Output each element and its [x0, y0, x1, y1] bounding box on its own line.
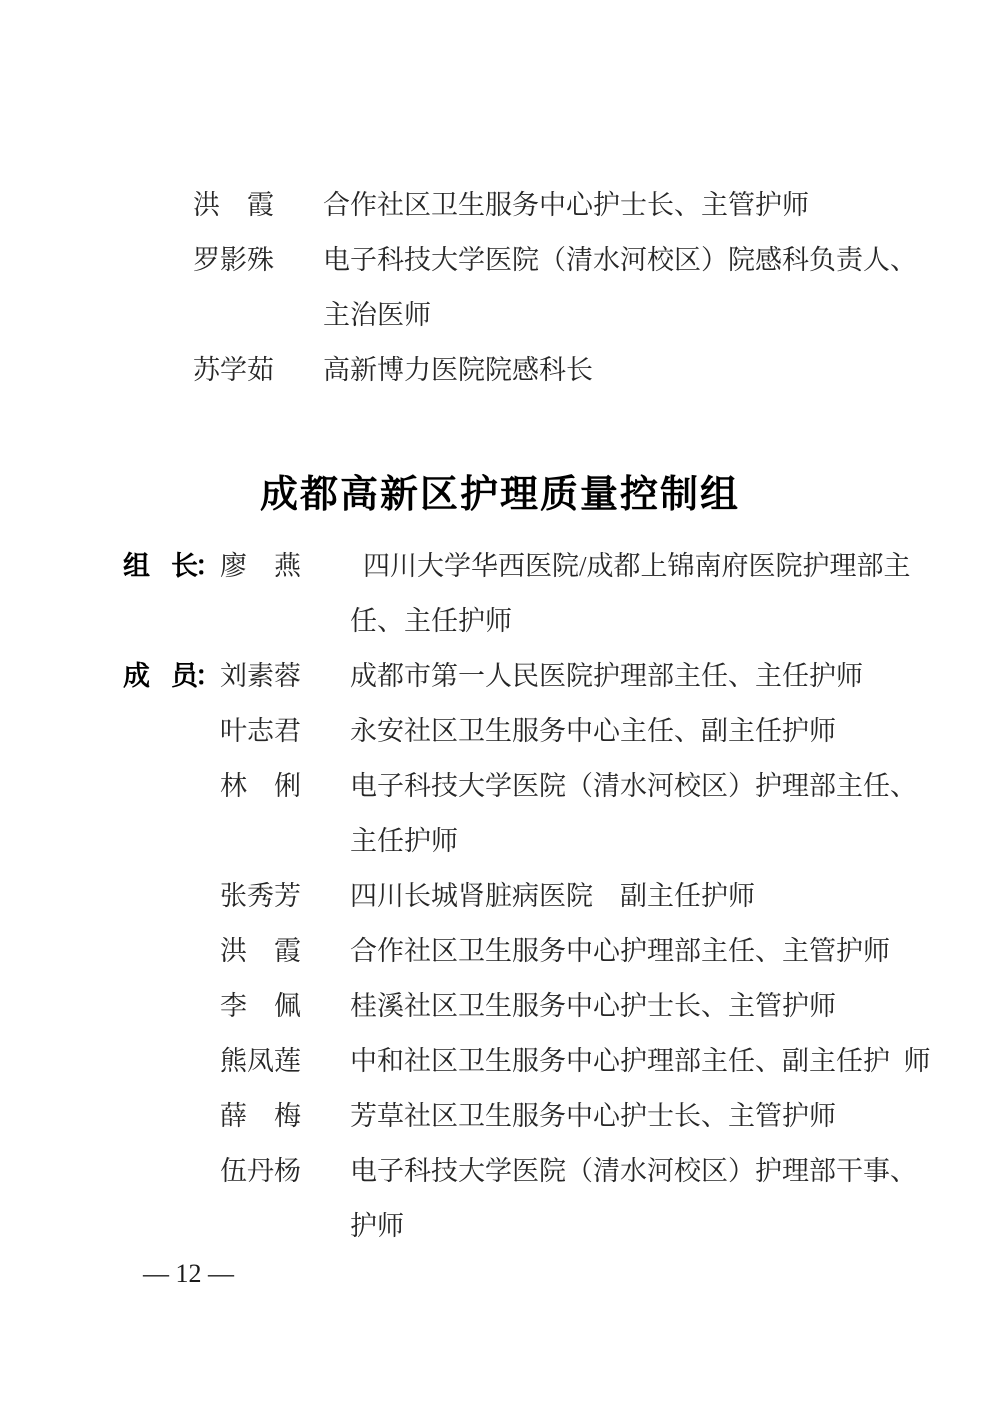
person-name: 叶志君 — [220, 704, 350, 759]
person-title: 桂溪社区卫生服务中心护士长、主管护师 — [350, 979, 836, 1034]
role-label — [123, 924, 220, 979]
person-name — [220, 814, 350, 869]
roster-row-continuation: 护师 — [0, 1199, 1000, 1254]
roster-row-continuation: 任、主任护师 — [0, 594, 1000, 649]
roster-row: 张秀芳 四川长城肾脏病医院 副主任护师 — [0, 869, 1000, 924]
role-label — [123, 1144, 220, 1199]
person-name: 伍丹杨 — [220, 1144, 350, 1199]
roster-row: 苏学茹 高新博力医院院感科长 — [0, 343, 1000, 398]
role-label — [123, 1034, 220, 1089]
roster-row: 薛 梅 芳草社区卫生服务中心护士长、主管护师 — [0, 1089, 1000, 1144]
section-title: 成都高新区护理质量控制组 — [0, 468, 1000, 523]
roster-row: 叶志君 永安社区卫生服务中心主任、副主任护师 — [0, 704, 1000, 759]
roster-row: 洪 霞 合作社区卫生服务中心护理部主任、主管护师 — [0, 924, 1000, 979]
person-name: 苏学茹 — [193, 343, 323, 398]
role-label-leader: 组 长： — [123, 539, 220, 594]
person-title: 芳草社区卫生服务中心护士长、主管护师 — [350, 1089, 836, 1144]
person-title-continued: 任、主任护师 — [350, 594, 512, 649]
roster-row: 洪 霞 合作社区卫生服务中心护士长、主管护师 — [0, 178, 1000, 233]
person-name: 洪 霞 — [193, 178, 323, 233]
person-name: 刘素蓉 — [220, 649, 350, 704]
roster-row: 熊凤莲 中和社区卫生服务中心护理部主任、副主任护 师 — [0, 1034, 1000, 1089]
person-title: 中和社区卫生服务中心护理部主任、副主任护 师 — [350, 1034, 931, 1089]
role-label — [123, 594, 220, 649]
person-title: 高新博力医院院感科长 — [323, 343, 593, 398]
person-title: 电子科技大学医院（清水河校区）院感科负责人、 — [323, 233, 917, 288]
role-label-member: 成 员： — [123, 649, 220, 704]
role-label — [123, 704, 220, 759]
roster-row-continuation: 主治医师 — [0, 288, 1000, 343]
person-name: 廖 燕 — [220, 539, 350, 594]
person-title-continued: 主治医师 — [323, 288, 431, 343]
person-title: 合作社区卫生服务中心护理部主任、主管护师 — [350, 924, 890, 979]
roster-row-leader: 组 长： 廖 燕 四川大学华西医院/成都上锦南府医院护理部主 — [0, 539, 1000, 594]
person-name — [193, 288, 323, 343]
roster-row: 林 俐 电子科技大学医院（清水河校区）护理部主任、 — [0, 759, 1000, 814]
person-title: 电子科技大学医院（清水河校区）护理部主任、 — [350, 759, 917, 814]
previous-section-continuation: 洪 霞 合作社区卫生服务中心护士长、主管护师 罗影殊 电子科技大学医院（清水河校… — [0, 0, 1000, 398]
person-title: 永安社区卫生服务中心主任、副主任护师 — [350, 704, 836, 759]
person-title: 四川大学华西医院/成都上锦南府医院护理部主 — [350, 539, 911, 594]
person-title: 成都市第一人民医院护理部主任、主任护师 — [350, 649, 863, 704]
person-title-continued: 主任护师 — [350, 814, 458, 869]
person-title: 合作社区卫生服务中心护士长、主管护师 — [323, 178, 809, 233]
role-label — [123, 814, 220, 869]
roster-row-member: 成 员： 刘素蓉 成都市第一人民医院护理部主任、主任护师 — [0, 649, 1000, 704]
roster-row: 罗影殊 电子科技大学医院（清水河校区）院感科负责人、 — [0, 233, 1000, 288]
roster-row: 伍丹杨 电子科技大学医院（清水河校区）护理部干事、 — [0, 1144, 1000, 1199]
person-name: 张秀芳 — [220, 869, 350, 924]
person-name: 李 佩 — [220, 979, 350, 1034]
page-number: — 12 — — [0, 1254, 1000, 1294]
person-name — [220, 594, 350, 649]
person-name: 林 俐 — [220, 759, 350, 814]
role-label — [123, 1199, 220, 1254]
roster-row: 李 佩 桂溪社区卫生服务中心护士长、主管护师 — [0, 979, 1000, 1034]
person-title-continued: 护师 — [350, 1199, 404, 1254]
document-page: 洪 霞 合作社区卫生服务中心护士长、主管护师 罗影殊 电子科技大学医院（清水河校… — [0, 0, 1000, 1414]
role-label — [123, 759, 220, 814]
person-title: 四川长城肾脏病医院 副主任护师 — [350, 869, 755, 924]
committee-roster: 组 长： 廖 燕 四川大学华西医院/成都上锦南府医院护理部主 任、主任护师 成 … — [0, 539, 1000, 1254]
role-label — [123, 979, 220, 1034]
roster-row-continuation: 主任护师 — [0, 814, 1000, 869]
person-name: 熊凤莲 — [220, 1034, 350, 1089]
person-name: 薛 梅 — [220, 1089, 350, 1144]
person-name: 罗影殊 — [193, 233, 323, 288]
person-name: 洪 霞 — [220, 924, 350, 979]
role-label — [123, 1089, 220, 1144]
person-title: 电子科技大学医院（清水河校区）护理部干事、 — [350, 1144, 917, 1199]
person-name — [220, 1199, 350, 1254]
role-label — [123, 869, 220, 924]
